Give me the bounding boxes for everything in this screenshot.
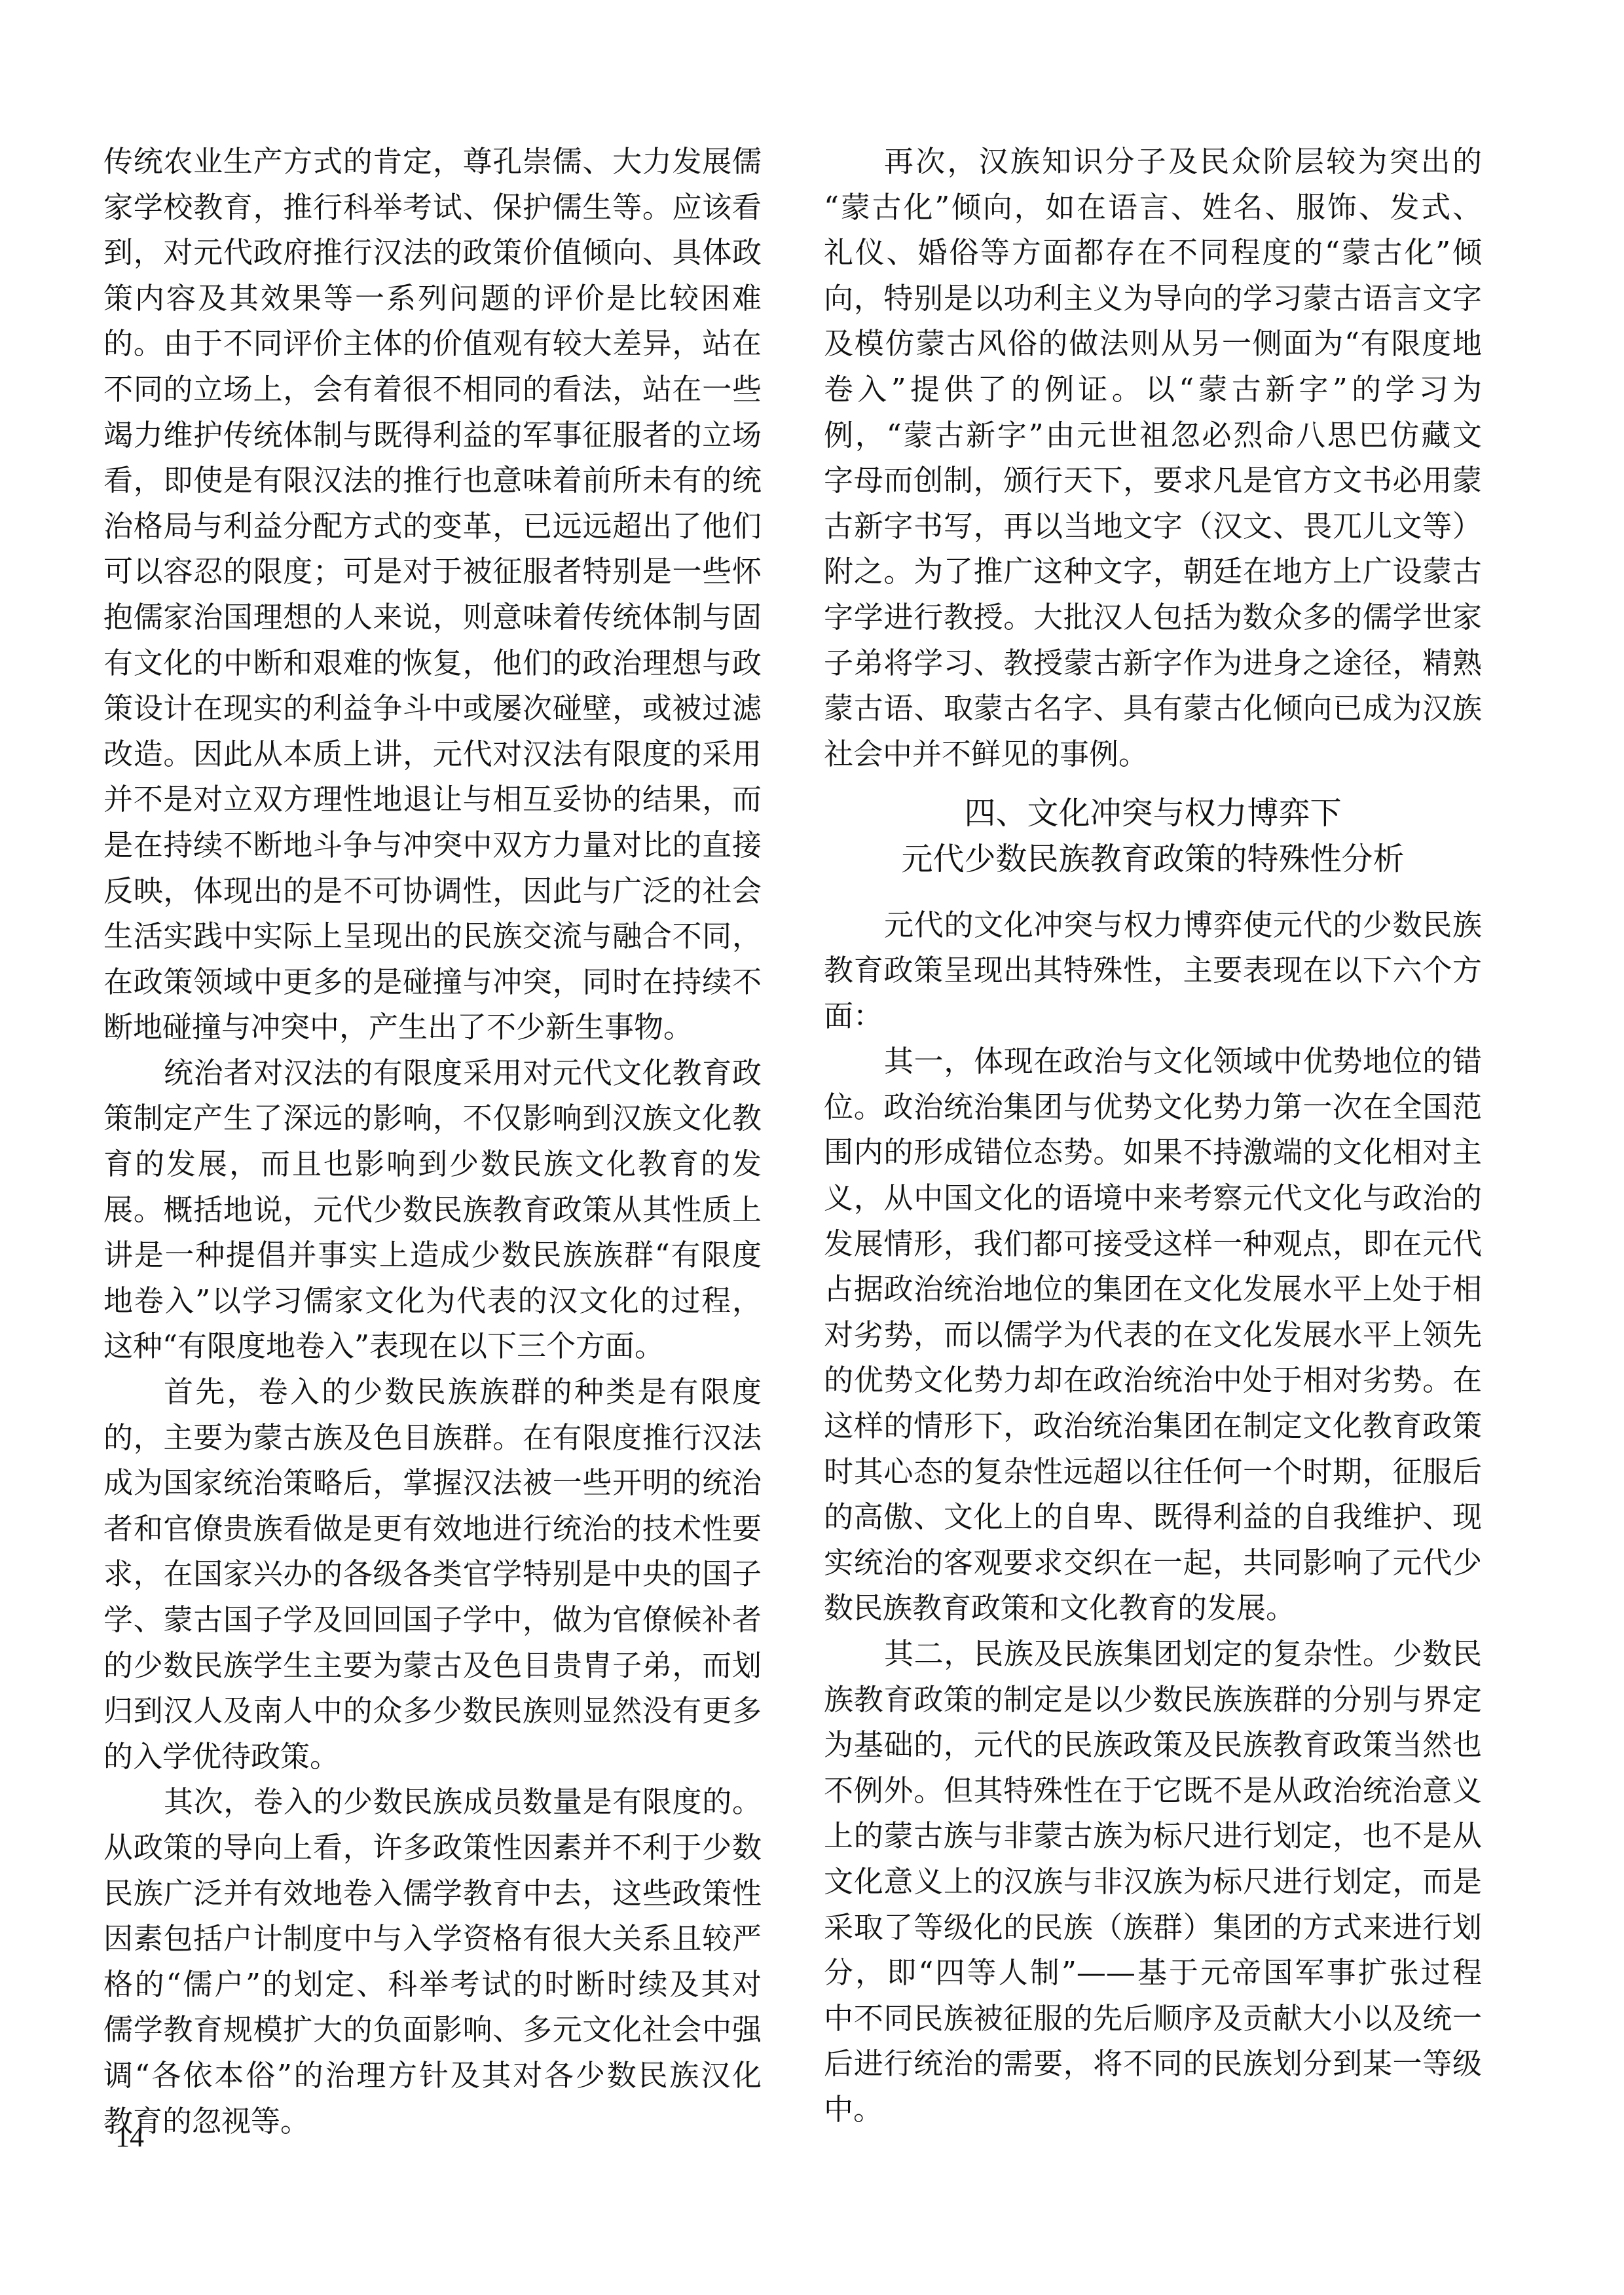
text-line: 发展情形，我们都可接受这样一种观点，即在元代 bbox=[824, 1221, 1482, 1267]
text-line: 改造。因此从本质上讲，元代对汉法有限度的采用 bbox=[103, 731, 762, 777]
text-line: 分，即“四等人制”——基于元帝国军事扩张过程 bbox=[824, 1950, 1482, 1996]
text-line: 古新字书写，再以当地文字（汉文、畏兀儿文等） bbox=[824, 504, 1482, 549]
text-line: 因素包括户计制度中与入学资格有很大关系且较严 bbox=[103, 1916, 762, 1962]
text-line: 中。 bbox=[824, 2087, 1482, 2133]
text-line: 不同的立场上，会有着很不相同的看法，站在一些 bbox=[103, 367, 762, 413]
text-line: 反映，体现出的是不可协调性，因此与广泛的社会 bbox=[103, 868, 762, 914]
text-line: “蒙古化”倾向，如在语言、姓名、服饰、发式、 bbox=[824, 185, 1482, 230]
text-line: 及模仿蒙古风俗的做法则从另一侧面为“有限度地 bbox=[824, 321, 1482, 367]
text-line: 蒙古语、取蒙古名字、具有蒙古化倾向已成为汉族 bbox=[824, 686, 1482, 731]
text-line: 上的蒙古族与非蒙古族为标尺进行划定，也不是从 bbox=[824, 1813, 1482, 1859]
text-line: 并不是对立双方理性地退让与相互妥协的结果，而 bbox=[103, 777, 762, 822]
text-line: 传统农业生产方式的肯定，尊孔崇儒、大力发展儒 bbox=[103, 139, 762, 185]
text-line: 育的发展，而且也影响到少数民族文化教育的发 bbox=[103, 1141, 762, 1187]
section-heading-line-2: 元代少数民族教育政策的特殊性分析 bbox=[824, 837, 1482, 883]
paragraph: 其二，民族及民族集团划定的复杂性。少数民 族教育政策的制定是以少数民族族群的分别… bbox=[824, 1631, 1482, 2133]
text-line: 这种“有限度地卷入”表现在以下三个方面。 bbox=[103, 1323, 762, 1369]
text-line: 其一，体现在政治与文化领域中优势地位的错 bbox=[824, 1038, 1482, 1084]
text-line: 教育的忽视等。 bbox=[103, 2099, 762, 2144]
text-line: 在政策领域中更多的是碰撞与冲突，同时在持续不 bbox=[103, 959, 762, 1005]
text-line: 为基础的，元代的民族政策及民族教育政策当然也 bbox=[824, 1722, 1482, 1768]
text-line: 生活实践中实际上呈现出的民族交流与融合不同， bbox=[103, 913, 762, 959]
text-line: 占据政治统治地位的集团在文化发展水平上处于相 bbox=[824, 1266, 1482, 1312]
text-line: 实统治的客观要求交织在一起，共同影响了元代少 bbox=[824, 1540, 1482, 1586]
text-line: 这样的情形下，政治统治集团在制定文化教育政策 bbox=[824, 1403, 1482, 1449]
text-line: 治格局与利益分配方式的变革，已远远超出了他们 bbox=[103, 504, 762, 549]
text-line: 教育政策呈现出其特殊性，主要表现在以下六个方 bbox=[824, 947, 1482, 993]
text-line: 字母而创制，颁行天下，要求凡是官方文书必用蒙 bbox=[824, 458, 1482, 504]
text-line: 数民族教育政策和文化教育的发展。 bbox=[824, 1585, 1482, 1631]
paragraph: 其一，体现在政治与文化领域中优势地位的错 位。政治统治集团与优势文化势力第一次在… bbox=[824, 1038, 1482, 1631]
text-line: 地卷入”以学习儒家文化为代表的汉文化的过程， bbox=[103, 1278, 762, 1324]
paragraph: 首先，卷入的少数民族族群的种类是有限度 的，主要为蒙古族及色目族群。在有限度推行… bbox=[103, 1369, 762, 1779]
section-heading-line-1: 四、文化冲突与权力博弈下 bbox=[824, 791, 1482, 837]
text-line: 字学进行教授。大批汉人包括为数众多的儒学世家 bbox=[824, 595, 1482, 640]
paragraph: 元代的文化冲突与权力博弈使元代的少数民族 教育政策呈现出其特殊性，主要表现在以下… bbox=[824, 902, 1482, 1039]
text-line: 后进行统治的需要，将不同的民族划分到某一等级 bbox=[824, 2041, 1482, 2087]
text-line: 的高傲、文化上的自卑、既得利益的自我维护、现 bbox=[824, 1494, 1482, 1540]
text-line: 调“各依本俗”的治理方针及其对各少数民族汉化 bbox=[103, 2053, 762, 2099]
text-line: 附之。为了推广这种文字，朝廷在地方上广设蒙古 bbox=[824, 549, 1482, 595]
text-line: 子弟将学习、教授蒙古新字作为进身之途径，精熟 bbox=[824, 640, 1482, 686]
paragraph: 再次，汉族知识分子及民众阶层较为突出的 “蒙古化”倾向，如在语言、姓名、服饰、发… bbox=[824, 139, 1482, 777]
text-line: 的优势文化势力却在政治统治中处于相对劣势。在 bbox=[824, 1357, 1482, 1403]
paragraph: 其次，卷入的少数民族成员数量是有限度的。 从政策的导向上看，许多政策性因素并不利… bbox=[103, 1779, 762, 2144]
text-line: 的少数民族学生主要为蒙古及色目贵胄子弟，而划 bbox=[103, 1643, 762, 1689]
left-column: 传统农业生产方式的肯定，尊孔崇儒、大力发展儒 家学校教育，推行科举考试、保护儒生… bbox=[103, 139, 762, 2144]
text-line: 元代的文化冲突与权力博弈使元代的少数民族 bbox=[824, 902, 1482, 948]
text-line: 策内容及其效果等一系列问题的评价是比较困难 bbox=[103, 276, 762, 321]
text-line: 首先，卷入的少数民族族群的种类是有限度 bbox=[103, 1369, 762, 1415]
text-line: 策制定产生了深远的影响，不仅影响到汉族文化教 bbox=[103, 1095, 762, 1141]
text-line: 文化意义上的汉族与非汉族为标尺进行划定，而是 bbox=[824, 1859, 1482, 1905]
text-line: 的，主要为蒙古族及色目族群。在有限度推行汉法 bbox=[103, 1415, 762, 1461]
text-line: 社会中并不鲜见的事例。 bbox=[824, 731, 1482, 777]
text-line: 礼仪、婚俗等方面都存在不同程度的“蒙古化”倾 bbox=[824, 230, 1482, 276]
text-line: 求，在国家兴办的各级各类官学特别是中央的国子 bbox=[103, 1551, 762, 1597]
section-heading: 四、文化冲突与权力博弈下 元代少数民族教育政策的特殊性分析 bbox=[824, 791, 1482, 882]
text-line: 抱儒家治国理想的人来说，则意味着传统体制与固 bbox=[103, 595, 762, 640]
text-line: 采取了等级化的民族（族群）集团的方式来进行划 bbox=[824, 1905, 1482, 1951]
text-line: 可以容忍的限度；可是对于被征服者特别是一些怀 bbox=[103, 549, 762, 595]
text-line: 向，特别是以功利主义为导向的学习蒙古语言文字 bbox=[824, 276, 1482, 321]
text-line: 其二，民族及民族集团划定的复杂性。少数民 bbox=[824, 1631, 1482, 1677]
text-line: 族教育政策的制定是以少数民族族群的分别与界定 bbox=[824, 1677, 1482, 1723]
text-line: 义，从中国文化的语境中来考察元代文化与政治的 bbox=[824, 1175, 1482, 1221]
text-line: 围内的形成错位态势。如果不持激端的文化相对主 bbox=[824, 1129, 1482, 1175]
text-line: 例，“蒙古新字”由元世祖忽必烈命八思巴仿藏文 bbox=[824, 413, 1482, 458]
text-line: 卷入”提供了的例证。以“蒙古新字”的学习为 bbox=[824, 367, 1482, 413]
text-line: 其次，卷入的少数民族成员数量是有限度的。 bbox=[103, 1779, 762, 1825]
text-line: 从政策的导向上看，许多政策性因素并不利于少数 bbox=[103, 1825, 762, 1871]
text-line: 民族广泛并有效地卷入儒学教育中去，这些政策性 bbox=[103, 1871, 762, 1917]
text-line: 看，即使是有限汉法的推行也意味着前所未有的统 bbox=[103, 458, 762, 504]
text-line: 格的“儒户”的划定、科举考试的时断时续及其对 bbox=[103, 1962, 762, 2008]
text-line: 统治者对汉法的有限度采用对元代文化教育政 bbox=[103, 1050, 762, 1096]
text-line: 成为国家统治策略后，掌握汉法被一些开明的统治 bbox=[103, 1460, 762, 1506]
paragraph: 传统农业生产方式的肯定，尊孔崇儒、大力发展儒 家学校教育，推行科举考试、保护儒生… bbox=[103, 139, 762, 1050]
text-line: 讲是一种提倡并事实上造成少数民族族群“有限度 bbox=[103, 1232, 762, 1278]
text-line: 不例外。但其特殊性在于它既不是从政治统治意义 bbox=[824, 1768, 1482, 1814]
text-line: 儒学教育规模扩大的负面影响、多元文化社会中强 bbox=[103, 2007, 762, 2053]
text-line: 对劣势，而以儒学为代表的在文化发展水平上领先 bbox=[824, 1312, 1482, 1358]
text-line: 断地碰撞与冲突中，产生出了不少新生事物。 bbox=[103, 1004, 762, 1050]
text-line: 家学校教育，推行科举考试、保护儒生等。应该看 bbox=[103, 185, 762, 230]
text-line: 归到汉人及南人中的众多少数民族则显然没有更多 bbox=[103, 1688, 762, 1734]
text-line: 是在持续不断地斗争与冲突中双方力量对比的直接 bbox=[103, 822, 762, 868]
paragraph: 统治者对汉法的有限度采用对元代文化教育政 策制定产生了深远的影响，不仅影响到汉族… bbox=[103, 1050, 762, 1369]
text-line: 学、蒙古国子学及回回国子学中，做为官僚候补者 bbox=[103, 1597, 762, 1643]
text-line: 有文化的中断和艰难的恢复，他们的政治理想与政 bbox=[103, 640, 762, 686]
right-column: 再次，汉族知识分子及民众阶层较为突出的 “蒙古化”倾向，如在语言、姓名、服饰、发… bbox=[824, 139, 1482, 2133]
text-line: 竭力维护传统体制与既得利益的军事征服者的立场 bbox=[103, 413, 762, 458]
text-line: 的。由于不同评价主体的价值观有较大差异，站在 bbox=[103, 321, 762, 367]
text-line: 者和官僚贵族看做是更有效地进行统治的技术性要 bbox=[103, 1506, 762, 1552]
text-line: 策设计在现实的利益争斗中或屡次碰壁，或被过滤 bbox=[103, 686, 762, 731]
text-line: 位。政治统治集团与优势文化势力第一次在全国范 bbox=[824, 1084, 1482, 1130]
document-page: 传统农业生产方式的肯定，尊孔崇儒、大力发展儒 家学校教育，推行科举考试、保护儒生… bbox=[0, 0, 1624, 2295]
text-line: 到，对元代政府推行汉法的政策价值倾向、具体政 bbox=[103, 230, 762, 276]
text-line: 面： bbox=[824, 993, 1482, 1039]
text-line: 再次，汉族知识分子及民众阶层较为突出的 bbox=[824, 139, 1482, 185]
text-line: 中不同民族被征服的先后顺序及贡献大小以及统一 bbox=[824, 1996, 1482, 2042]
text-line: 的入学优待政策。 bbox=[103, 1734, 762, 1780]
page-number: 14 bbox=[115, 2120, 144, 2154]
text-line: 时其心态的复杂性远超以往任何一个时期，征服后 bbox=[824, 1449, 1482, 1495]
text-line: 展。概括地说，元代少数民族教育政策从其性质上 bbox=[103, 1187, 762, 1233]
